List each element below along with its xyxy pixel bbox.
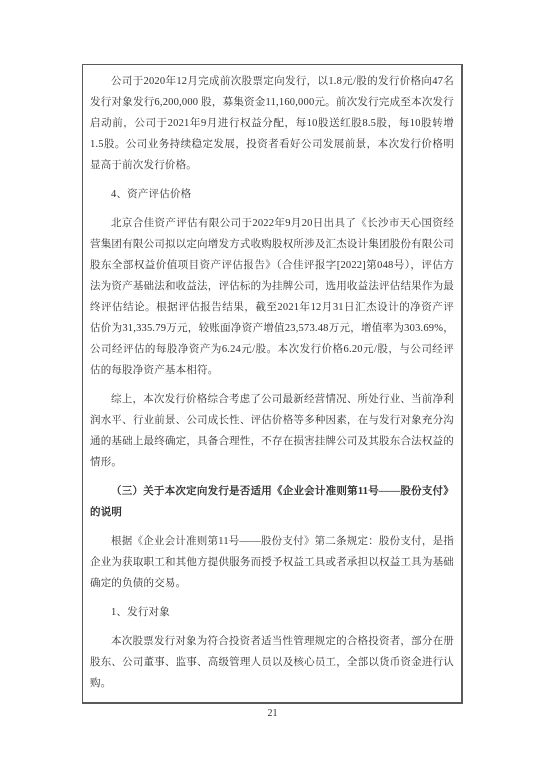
paragraph-price-conclusion: 综上，本次发行价格综合考虑了公司最新经营情况、所处行业、当前净利润水平、行业前景… [90, 389, 454, 473]
heading-share-payment-applicability: （三）关于本次定向发行是否适用《企业会计准则第11号——股份支付》的说明 [90, 481, 454, 523]
subheading-issuance-targets: 1、发行对象 [90, 602, 454, 623]
content-box: 公司于2020年12月完成前次股票定向发行，以1.8元/股的发行价格向47名发行… [82, 64, 463, 704]
paragraph-valuation-report: 北京合佳资产评估有限公司于2022年9月20日出具了《长沙市天心国资经营集团有限… [90, 213, 454, 381]
paragraph-accounting-standard-definition: 根据《企业会计准则第11号——股份支付》第二条规定：股份支付，是指企业为获取职工… [90, 531, 454, 594]
subheading-asset-valuation-price: 4、资产评估价格 [90, 184, 454, 205]
page-number: 21 [82, 708, 463, 719]
paragraph-previous-issuance: 公司于2020年12月完成前次股票定向发行，以1.8元/股的发行价格向47名发行… [90, 71, 454, 176]
paragraph-issuance-targets-description: 本次股票发行对象为符合投资者适当性管理规定的合格投资者，部分在册股东、公司董事、… [90, 631, 454, 694]
document-page: 公司于2020年12月完成前次股票定向发行，以1.8元/股的发行价格向47名发行… [0, 0, 545, 771]
